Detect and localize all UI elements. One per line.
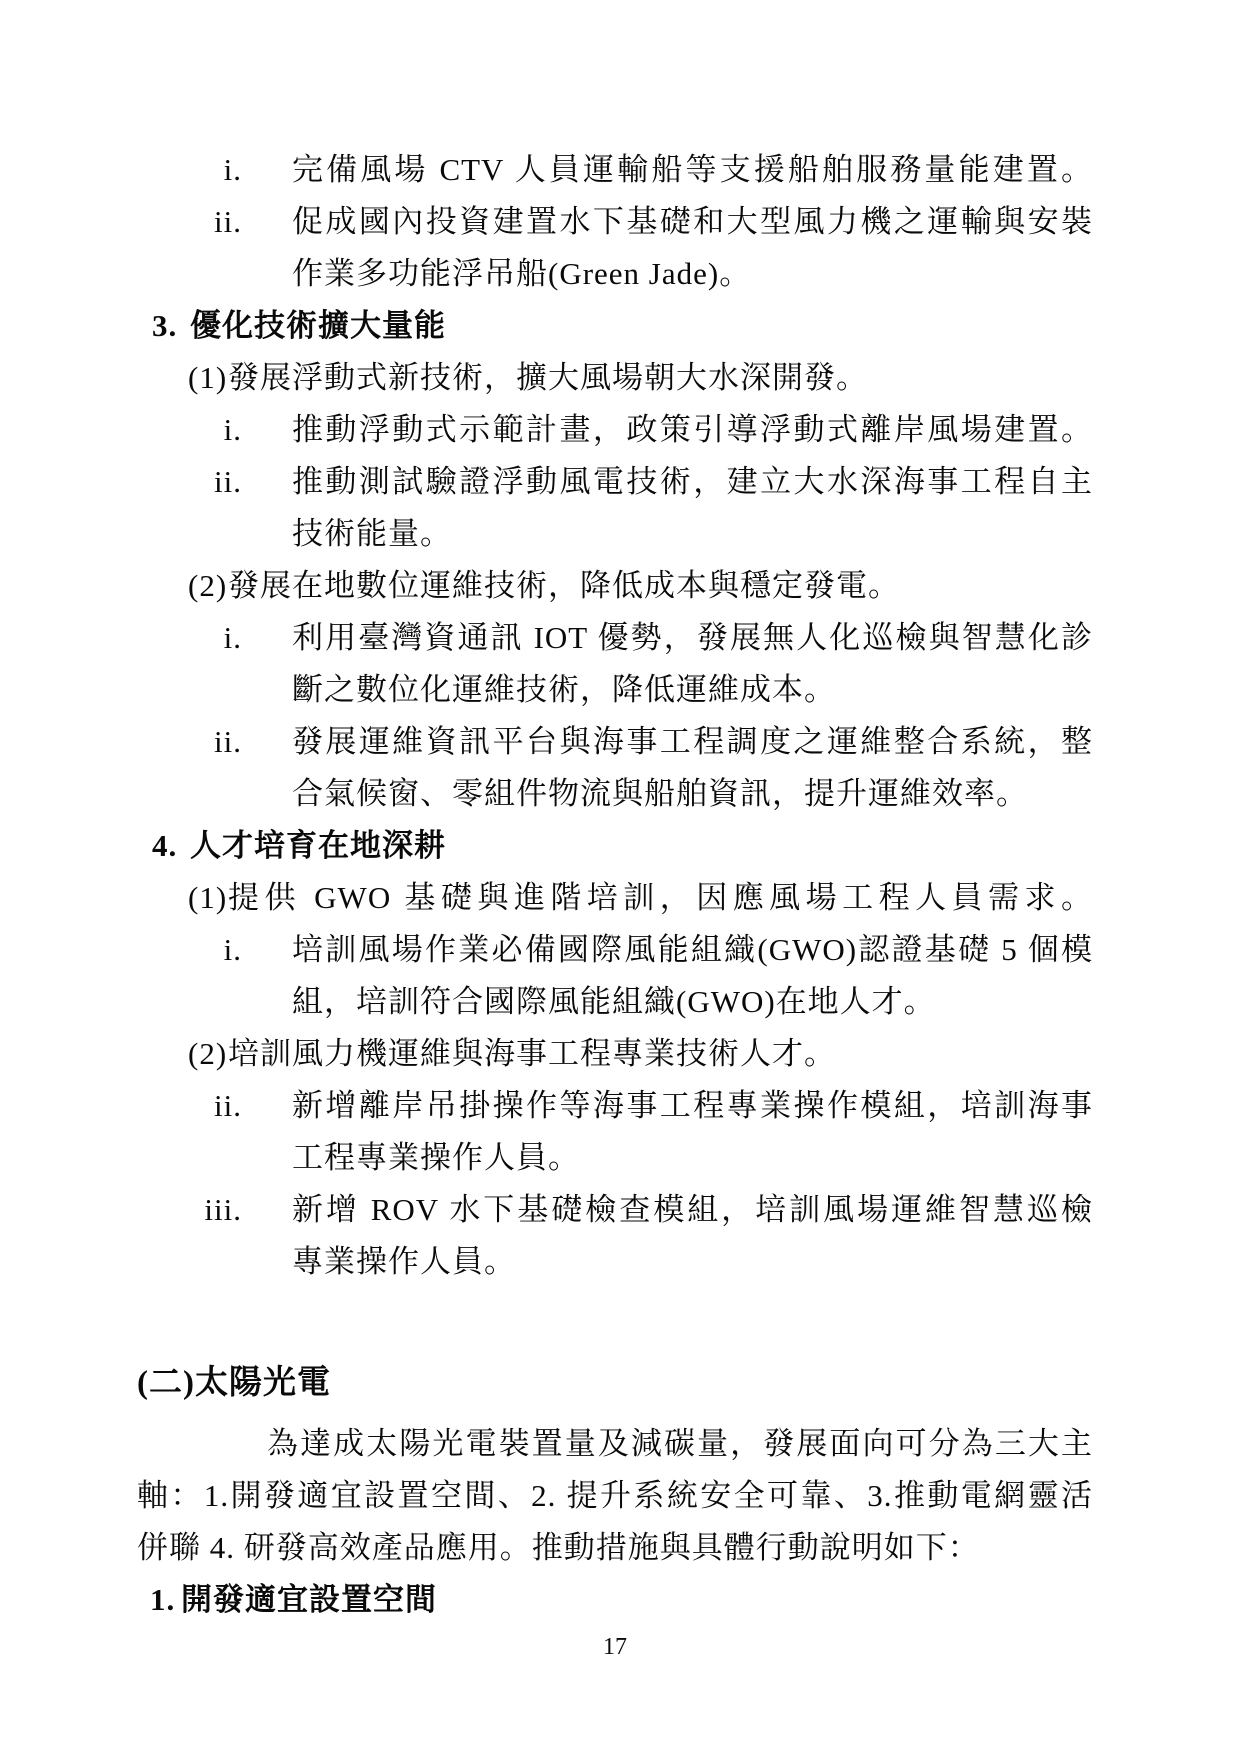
item-text-line: 推動浮動式示範計畫，政策引導浮動式離岸風場建置。	[292, 404, 1093, 456]
item-text-line: 新增 ROV 水下基礎檢查模組，培訓風場運維智慧巡檢	[292, 1184, 1093, 1236]
list-item-roman: ii. 促成國內投資建置水下基礎和大型風力機之運輸與安裝 作業多功能浮吊船(Gr…	[137, 196, 1093, 300]
list-item-roman: ii. 發展運維資訊平台與海事工程調度之運維整合系統，整 合氣候窗、零組件物流與…	[137, 716, 1093, 820]
item-text-line: 發展浮動式新技術，擴大風場朝大水深開發。	[228, 352, 1093, 404]
paragraph-line: 為達成太陽光電裝置量及減碳量，發展面向可分為三大主	[137, 1418, 1093, 1470]
heading-marker: 1.	[150, 1574, 181, 1626]
list-item-roman: iii. 新增 ROV 水下基礎檢查模組，培訓風場運維智慧巡檢 專業操作人員。	[137, 1184, 1093, 1288]
page-number: 17	[137, 1632, 1093, 1662]
item-text-line: 工程專業操作人員。	[292, 1132, 1093, 1184]
paragraph-line: 併聯 4. 研發高效產品應用。推動措施與具體行動說明如下：	[137, 1522, 1093, 1574]
heading-marker: 4.	[152, 820, 190, 872]
list-item-roman: i. 推動浮動式示範計畫，政策引導浮動式離岸風場建置。	[137, 404, 1093, 456]
document-content: i. 完備風場 CTV 人員運輸船等支援船舶服務量能建置。 ii. 促成國內投資…	[137, 144, 1093, 1662]
list-item-roman: i. 利用臺灣資通訊 IOT 優勢，發展無人化巡檢與智慧化診 斷之數位化運維技術…	[137, 612, 1093, 716]
item-text-line: 發展運維資訊平台與海事工程調度之運維整合系統，整	[292, 716, 1093, 768]
paragraph-line: 軸：1.開發適宜設置空間、2. 提升系統安全可靠、3.推動電網靈活	[137, 1470, 1093, 1522]
list-item-paren: (2) 發展在地數位運維技術，降低成本與穩定發電。	[188, 560, 1093, 612]
item-text-line: 作業多功能浮吊船(Green Jade)。	[292, 248, 1093, 300]
item-marker: (2)	[188, 560, 228, 612]
item-text-line: 推動測試驗證浮動風電技術，建立大水深海事工程自主	[292, 456, 1093, 508]
item-text-line: 斷之數位化運維技術，降低運維成本。	[292, 664, 1093, 716]
heading-numbered: 3. 優化技術擴大量能	[152, 300, 1093, 352]
item-marker: i.	[137, 612, 292, 716]
list-item-roman: i. 培訓風場作業必備國際風能組織(GWO)認證基礎 5 個模 組，培訓符合國際…	[137, 924, 1093, 1028]
item-text-line: 利用臺灣資通訊 IOT 優勢，發展無人化巡檢與智慧化診	[292, 612, 1093, 664]
list-item-roman: i. 完備風場 CTV 人員運輸船等支援船舶服務量能建置。	[137, 144, 1093, 196]
heading-marker: 3.	[152, 300, 190, 352]
heading-text: 優化技術擴大量能	[190, 300, 446, 352]
item-text-line: 專業操作人員。	[292, 1236, 1093, 1288]
item-text-line: 組，培訓符合國際風能組織(GWO)在地人才。	[292, 976, 1093, 1028]
item-marker: (1)	[188, 352, 228, 404]
item-marker: iii.	[137, 1184, 292, 1288]
section-heading: (二)太陽光電	[137, 1357, 1093, 1409]
item-text-line: 技術能量。	[292, 508, 1093, 560]
heading-text: 人才培育在地深耕	[190, 820, 446, 872]
paragraph: 為達成太陽光電裝置量及減碳量，發展面向可分為三大主 軸：1.開發適宜設置空間、2…	[137, 1418, 1093, 1574]
item-marker: ii.	[137, 1080, 292, 1184]
item-text-line: 培訓風場作業必備國際風能組織(GWO)認證基礎 5 個模	[292, 924, 1093, 976]
item-marker: (2)	[188, 1028, 228, 1080]
item-text-line: 培訓風力機運維與海事工程專業技術人才。	[228, 1028, 1093, 1080]
heading-text: 開發適宜設置空間	[181, 1574, 437, 1626]
heading-numbered: 1. 開發適宜設置空間	[150, 1574, 1093, 1626]
list-item-roman: ii. 新增離岸吊掛操作等海事工程專業操作模組，培訓海事 工程專業操作人員。	[137, 1080, 1093, 1184]
document-page: i. 完備風場 CTV 人員運輸船等支援船舶服務量能建置。 ii. 促成國內投資…	[0, 0, 1240, 1753]
item-marker: i.	[137, 924, 292, 1028]
item-text-line: 新增離岸吊掛操作等海事工程專業操作模組，培訓海事	[292, 1080, 1093, 1132]
list-item-paren: (1) 提供 GWO 基礎與進階培訓，因應風場工程人員需求。	[188, 872, 1093, 924]
item-marker: (1)	[188, 872, 228, 924]
item-marker: ii.	[137, 456, 292, 560]
item-text-line: 合氣候窗、零組件物流與船舶資訊，提升運維效率。	[292, 768, 1093, 820]
item-marker: i.	[137, 404, 292, 456]
item-text-line: 發展在地數位運維技術，降低成本與穩定發電。	[228, 560, 1093, 612]
list-item-paren: (1) 發展浮動式新技術，擴大風場朝大水深開發。	[188, 352, 1093, 404]
item-text-line: 促成國內投資建置水下基礎和大型風力機之運輸與安裝	[292, 196, 1093, 248]
item-text-line: 完備風場 CTV 人員運輸船等支援船舶服務量能建置。	[292, 144, 1093, 196]
list-item-paren: (2) 培訓風力機運維與海事工程專業技術人才。	[188, 1028, 1093, 1080]
item-marker: ii.	[137, 196, 292, 300]
item-text-line: 提供 GWO 基礎與進階培訓，因應風場工程人員需求。	[228, 872, 1093, 924]
list-item-roman: ii. 推動測試驗證浮動風電技術，建立大水深海事工程自主 技術能量。	[137, 456, 1093, 560]
item-marker: ii.	[137, 716, 292, 820]
item-marker: i.	[137, 144, 292, 196]
heading-numbered: 4. 人才培育在地深耕	[152, 820, 1093, 872]
